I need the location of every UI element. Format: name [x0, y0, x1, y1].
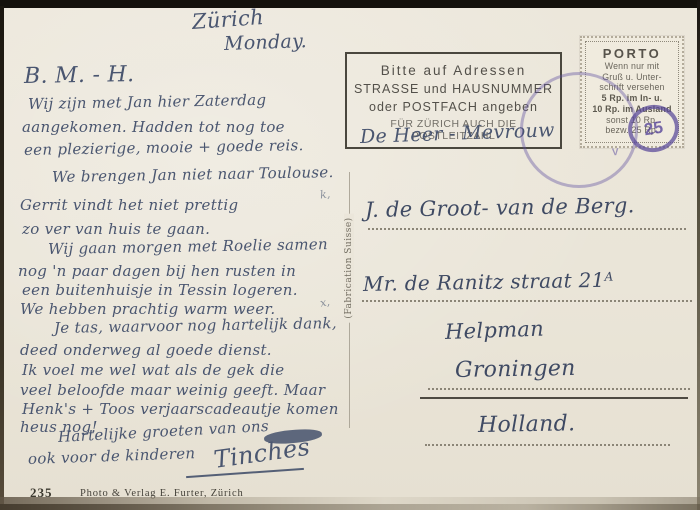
address-name: J. de Groot- van de Berg.: [365, 193, 635, 222]
instruction-line: STRASSE und HAUSNUMMER: [347, 82, 560, 96]
porto-line: Wenn nur mit: [586, 61, 678, 72]
address-city: Groningen: [455, 356, 576, 383]
message-line: zo ver van huis te gaan.: [22, 220, 210, 238]
message-line: Henk's + Toos verjaarscadeautje komen: [22, 400, 339, 418]
address-rule-dotted: [368, 228, 686, 230]
message-salutation: B. M. - H.: [24, 62, 135, 89]
address-street-text: Mr. de Ranitz straat 21: [363, 268, 605, 296]
message-line: Gerrit vindt het niet prettig: [20, 196, 238, 214]
postcard-scan: Zürich Monday. B. M. - H. Wij zijn met J…: [0, 0, 700, 510]
dateline-place: Zürich: [191, 5, 264, 34]
address-rule-dotted: [425, 444, 670, 446]
postmark-letters: V: [612, 147, 625, 159]
message-line: aangekomen. Hadden tot nog toe: [22, 118, 285, 136]
address-country: Holland.: [478, 411, 576, 438]
scan-edge-top: [0, 0, 700, 8]
address-rule-solid: [420, 397, 688, 399]
cancel-value: 25: [643, 117, 665, 140]
address-rule-dotted: [362, 300, 692, 302]
address-street: Mr. de Ranitz straat 21A: [363, 268, 614, 296]
message-line: deed onderweg al goede dienst.: [20, 341, 272, 359]
scan-edge-bottom-dark: [0, 504, 700, 510]
message-line: veel beloofde maar weinig geeft. Maar: [20, 381, 325, 399]
circular-postmark: [520, 72, 638, 188]
message-line: een buitenhuisje in Tessin logeren.: [22, 281, 298, 299]
dateline-day: Monday.: [224, 30, 308, 55]
message-line: nog 'n paar dagen bij hen rusten in: [18, 262, 296, 280]
stray-ink-mark: k,: [319, 187, 331, 201]
instruction-line: Bitte auf Adressen: [347, 63, 560, 78]
address-street-suffix: A: [604, 270, 613, 284]
message-line: Ik voel me wel wat als de gek die: [22, 361, 284, 379]
scan-edge-left: [0, 6, 4, 504]
fabrication-label: (Fabrication Suisse): [344, 213, 354, 322]
address-district: Helpman: [445, 317, 545, 344]
porto-title: PORTO: [586, 46, 678, 61]
address-rule-dotted: [428, 388, 690, 390]
